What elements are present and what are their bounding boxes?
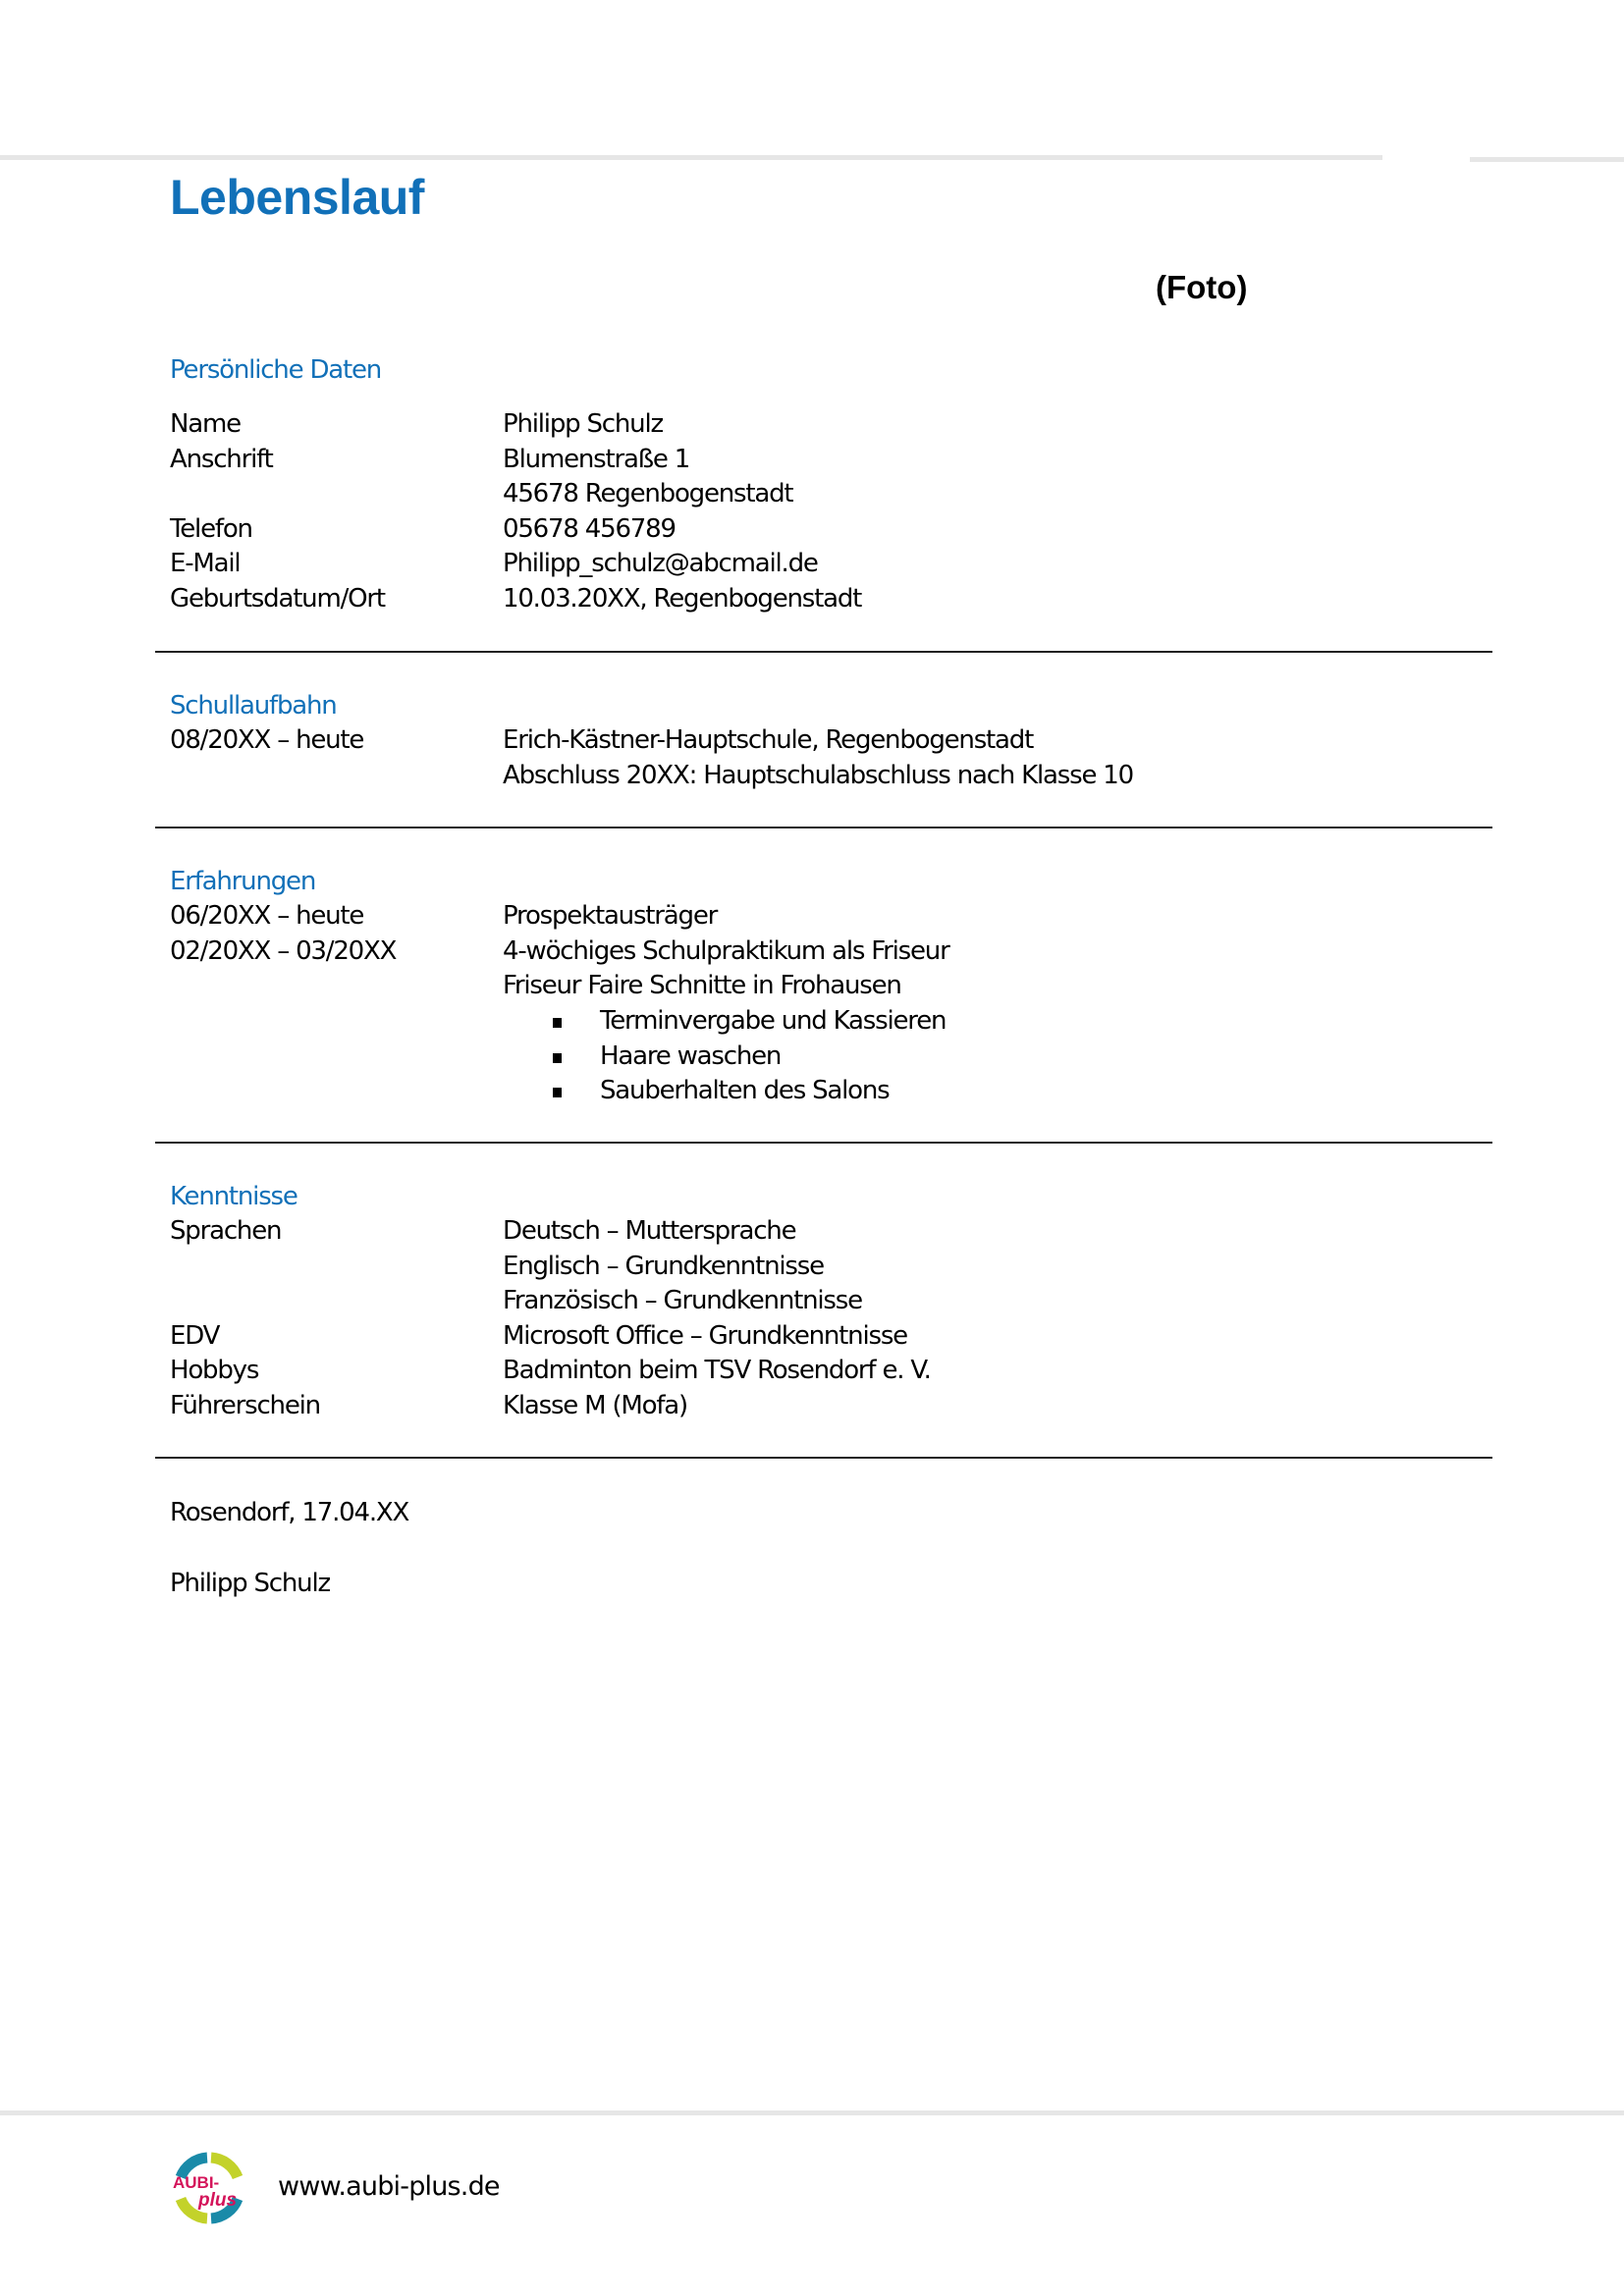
experience-value: Prospektausträger	[503, 901, 717, 931]
section-divider	[155, 651, 1492, 653]
bullet-text: Haare waschen	[600, 1041, 781, 1071]
square-bullet-icon	[553, 1053, 562, 1063]
school-label: 08/20XX – heute	[170, 725, 363, 755]
experience-label: 06/20XX – heute	[170, 901, 363, 931]
skills-value: Französisch – Grundkenntnisse	[503, 1286, 862, 1315]
skills-value: Deutsch – Muttersprache	[503, 1216, 795, 1246]
signature-name: Philipp Schulz	[170, 1569, 330, 1598]
bullet-text: Terminvergabe und Kassieren	[600, 1006, 946, 1036]
header-rule-right	[1470, 157, 1624, 162]
skills-value: Englisch – Grundkenntnisse	[503, 1252, 824, 1281]
personal-value: 05678 456789	[503, 514, 676, 544]
place-date: Rosendorf, 17.04.XX	[170, 1498, 408, 1527]
svg-text:plus: plus	[197, 2190, 237, 2211]
personal-value: Philipp_schulz@abcmail.de	[503, 549, 818, 578]
footer-website-link[interactable]: www.aubi-plus.de	[278, 2171, 500, 2202]
school-value: Erich-Kästner-Hauptschule, Regenbogensta…	[503, 725, 1033, 755]
skills-label: Führerschein	[170, 1391, 320, 1420]
experience-value: Friseur Faire Schnitte in Frohausen	[503, 971, 901, 1000]
section-heading-experience: Erfahrungen	[170, 867, 315, 896]
document-title: Lebenslauf	[170, 169, 424, 226]
personal-value: 45678 Regenbogenstadt	[503, 479, 792, 508]
skills-label: Sprachen	[170, 1216, 281, 1246]
square-bullet-icon	[553, 1018, 562, 1028]
experience-label: 02/20XX – 03/20XX	[170, 936, 396, 966]
personal-label: Anschrift	[170, 445, 273, 474]
personal-value: Philipp Schulz	[503, 409, 663, 439]
square-bullet-icon	[553, 1088, 562, 1097]
skills-label: EDV	[170, 1321, 219, 1351]
footer-rule	[0, 2110, 1624, 2115]
personal-value: 10.03.20XX, Regenbogenstadt	[503, 584, 861, 614]
school-value: Abschluss 20XX: Hauptschulabschluss nach…	[503, 761, 1133, 790]
header-rule-left	[0, 155, 1382, 160]
section-heading-personal: Persönliche Daten	[170, 355, 381, 385]
personal-label: Telefon	[170, 514, 252, 544]
skills-label: Hobbys	[170, 1356, 258, 1385]
personal-label: E-Mail	[170, 549, 240, 578]
experience-value: 4-wöchiges Schulpraktikum als Friseur	[503, 936, 949, 966]
skills-value: Badminton beim TSV Rosendorf e. V.	[503, 1356, 931, 1385]
section-divider	[155, 1457, 1492, 1459]
skills-value: Microsoft Office – Grundkenntnisse	[503, 1321, 907, 1351]
section-heading-school: Schullaufbahn	[170, 691, 337, 721]
section-heading-skills: Kenntnisse	[170, 1182, 298, 1211]
personal-label: Name	[170, 409, 241, 439]
photo-placeholder: (Foto)	[1156, 269, 1247, 306]
skills-value: Klasse M (Mofa)	[503, 1391, 687, 1420]
personal-value: Blumenstraße 1	[503, 445, 689, 474]
section-divider	[155, 827, 1492, 828]
section-divider	[155, 1142, 1492, 1144]
aubi-plus-logo-icon: AUBI- plus	[169, 2148, 249, 2228]
personal-label: Geburtsdatum/Ort	[170, 584, 385, 614]
bullet-text: Sauberhalten des Salons	[600, 1076, 890, 1105]
